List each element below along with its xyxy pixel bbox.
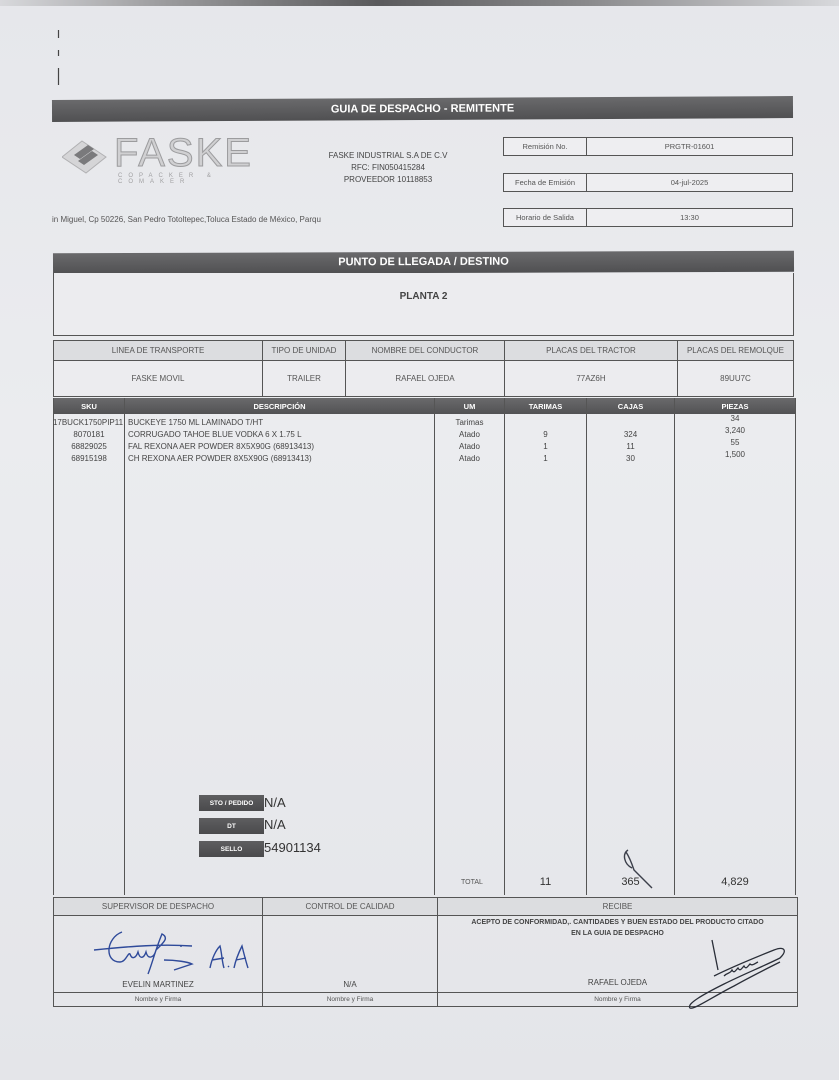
item-piezas: 3,240	[675, 425, 795, 437]
horario-salida-field: Horario de Salida 13:30	[503, 208, 793, 227]
item-piezas: 1,500	[675, 449, 795, 461]
sto-pedido-label: STO / PEDIDO	[199, 795, 264, 811]
transport-tractor-value: 77AZ6H	[505, 361, 678, 397]
item-um: Tarimas	[435, 417, 504, 429]
item-tarimas: 1	[505, 441, 586, 453]
handwritten-checkmark-icon	[614, 848, 664, 890]
remision-label: Remisión No.	[504, 138, 587, 155]
dt-value: N/A	[264, 817, 286, 832]
column-divider	[434, 398, 435, 895]
company-logo: FASKE COPACKER & COMAKER	[62, 135, 272, 185]
supervisor-signature-icon	[92, 924, 252, 979]
item-cajas: 30	[587, 453, 674, 465]
document-title-bar: GUIA DE DESPACHO - REMITENTE	[52, 96, 793, 122]
items-header-tarimas: TARIMAS	[505, 398, 586, 414]
item-cajas: 324	[587, 429, 674, 441]
company-info: FASKE INDUSTRIAL S.A DE C.V RFC: FIN0504…	[318, 150, 458, 186]
item-description: FAL REXONA AER POWDER 8X5X90G (68913413)	[128, 441, 428, 453]
items-header-sku: SKU	[54, 398, 124, 414]
receiver-signature-icon	[684, 936, 794, 1011]
destination-box: PLANTA 2	[53, 273, 794, 336]
logo-mark-icon	[62, 139, 108, 175]
item-sku: 68829025	[54, 441, 124, 453]
item-um: Atado	[435, 441, 504, 453]
transport-table: LINEA DE TRANSPORTE TIPO DE UNIDAD NOMBR…	[53, 340, 794, 397]
item-tarimas: 1	[505, 453, 586, 465]
quality-name: N/A	[263, 980, 437, 989]
company-rfc: RFC: FIN050415284	[318, 162, 458, 174]
column-divider	[124, 398, 125, 895]
remision-field: Remisión No. PRGTR-01601	[503, 137, 793, 156]
item-description: BUCKEYE 1750 ML LAMINADO T/HT	[128, 417, 428, 429]
supervisor-header: SUPERVISOR DE DESPACHO	[54, 898, 262, 916]
transport-header-linea: LINEA DE TRANSPORTE	[54, 341, 263, 361]
column-divider	[674, 398, 675, 895]
company-address: in Miguel, Cp 50226, San Pedro Totoltepe…	[52, 215, 321, 224]
transport-header-conductor: NOMBRE DEL CONDUCTOR	[346, 341, 505, 361]
item-tarimas	[505, 417, 586, 429]
item-sku: 17BUCK1750PIP11	[48, 417, 128, 429]
pen-mark-icon	[57, 30, 60, 85]
fecha-emision-field: Fecha de Emisión 04-jul-2025	[503, 173, 793, 192]
destination-title-bar: PUNTO DE LLEGADA / DESTINO	[53, 251, 794, 275]
destination-title: PUNTO DE LLEGADA / DESTINO	[338, 252, 509, 274]
sello-label: SELLO	[199, 841, 264, 857]
total-piezas: 4,829	[675, 876, 795, 888]
transport-conductor-value: RAFAEL OJEDA	[346, 361, 505, 397]
item-description: CORRUGADO TAHOE BLUE VODKA 6 X 1.75 L	[128, 429, 428, 441]
item-um: Atado	[435, 429, 504, 441]
receiver-statement-line1: ACEPTO DE CONFORMIDAD,. CANTIDADES Y BUE…	[438, 917, 797, 928]
item-tarimas: 9	[505, 429, 586, 441]
item-cajas	[587, 417, 674, 429]
column-divider	[586, 398, 587, 895]
logo-tagline: COPACKER & COMAKER	[118, 173, 272, 185]
quality-footer: Nombre y Firma	[263, 992, 437, 1006]
transport-remolque-value: 89UU7C	[678, 361, 794, 397]
receiver-header: RECIBE	[438, 898, 797, 916]
supervisor-name: EVELIN MARTINEZ	[54, 980, 262, 989]
transport-header-tipo: TIPO DE UNIDAD	[263, 341, 346, 361]
supervisor-footer: Nombre y Firma	[54, 992, 262, 1006]
items-table: SKU DESCRIPCIÓN UM TARIMAS CAJAS PIEZAS …	[53, 398, 796, 895]
company-name: FASKE INDUSTRIAL S.A DE C.V	[318, 150, 458, 162]
horario-salida-value: 13:30	[587, 209, 792, 226]
company-provider: PROVEEDOR 10118853	[318, 174, 458, 186]
item-piezas: 55	[675, 437, 795, 449]
signatures-section: SUPERVISOR DE DESPACHO CONTROL DE CALIDA…	[53, 897, 798, 1007]
item-sku: 8070181	[54, 429, 124, 441]
items-header-descripcion: DESCRIPCIÓN	[125, 398, 434, 414]
fecha-emision-value: 04-jul-2025	[587, 174, 792, 191]
page-top-edge	[0, 0, 839, 6]
item-piezas: 34	[675, 413, 795, 425]
sto-pedido-value: N/A	[264, 795, 286, 810]
items-header-piezas: PIEZAS	[675, 398, 795, 414]
transport-tipo-value: TRAILER	[263, 361, 346, 397]
transport-linea-value: FASKE MOVIL	[54, 361, 263, 397]
sello-value: 54901134	[264, 840, 321, 855]
destination-value: PLANTA 2	[54, 291, 793, 302]
remision-value: PRGTR-01601	[587, 138, 792, 155]
dt-label: DT	[199, 818, 264, 834]
total-tarimas: 11	[505, 876, 586, 888]
item-sku: 68915198	[54, 453, 124, 465]
item-description: CH REXONA AER POWDER 8X5X90G (68913413)	[128, 453, 428, 465]
total-label: TOTAL	[461, 879, 483, 886]
items-header-um: UM	[435, 398, 504, 414]
horario-salida-label: Horario de Salida	[504, 209, 587, 226]
items-header-cajas: CAJAS	[587, 398, 674, 414]
item-cajas: 11	[587, 441, 674, 453]
document-title: GUIA DE DESPACHO - REMITENTE	[331, 98, 514, 121]
item-um: Atado	[435, 453, 504, 465]
quality-header: CONTROL DE CALIDAD	[263, 898, 437, 916]
fecha-emision-label: Fecha de Emisión	[504, 174, 587, 191]
transport-header-remolque: PLACAS DEL REMOLQUE	[678, 341, 794, 361]
logo-wordmark: FASKE	[114, 131, 253, 176]
transport-header-tractor: PLACAS DEL TRACTOR	[505, 341, 678, 361]
column-divider	[504, 398, 505, 895]
